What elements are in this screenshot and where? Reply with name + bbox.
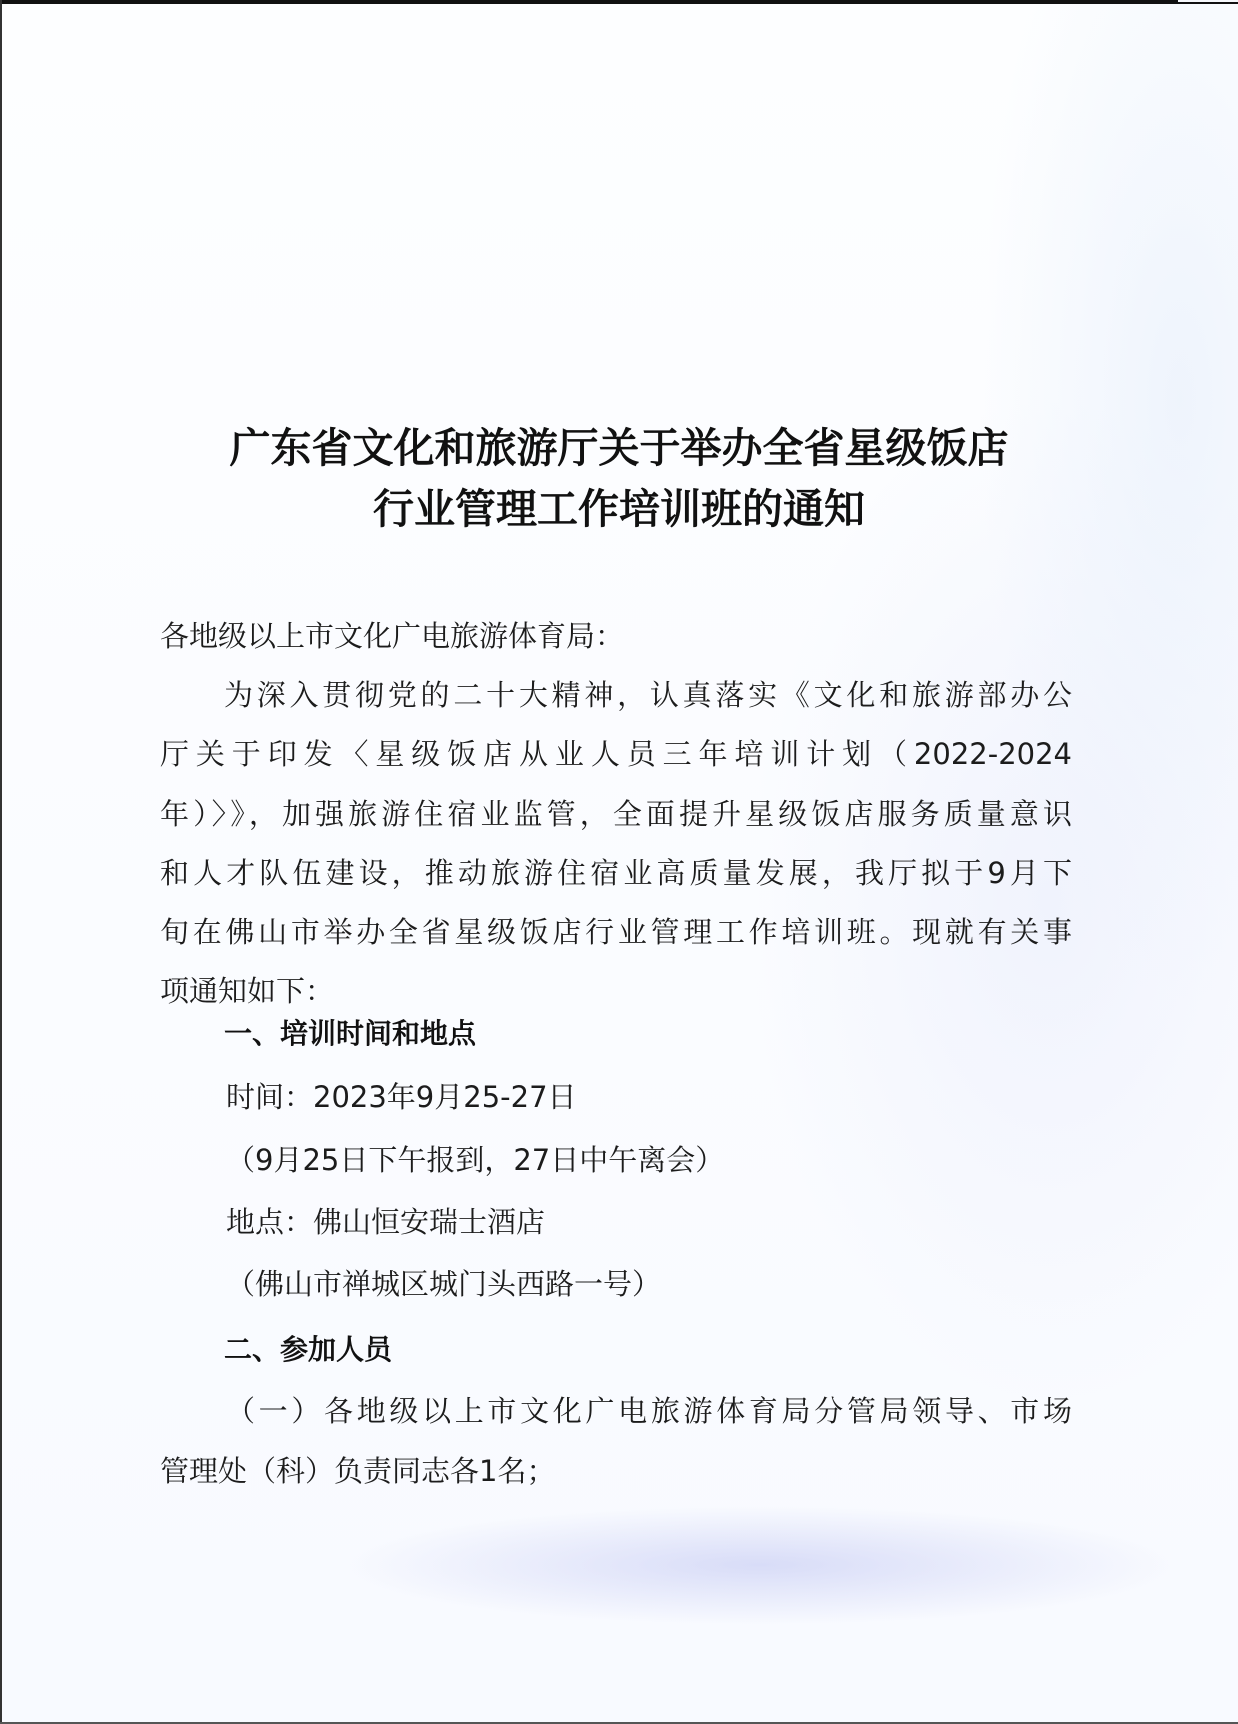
intro-line-1: 为深入贯彻党的二十大精神，认真落实《文化和旅游部办公	[224, 681, 1072, 710]
participants-item-1-line-1: （一）各地级以上市文化广电旅游体育局分管局领导、市场	[226, 1397, 1072, 1426]
intro-line-2: 厅关于印发〈星级饭店从业人员三年培训计划（2022-2024	[160, 740, 1072, 769]
document-page: 广东省文化和旅游厅关于举办全省星级饭店 行业管理工作培训班的通知 各地级以上市文…	[0, 0, 1238, 1724]
training-place: 地点：佛山恒安瑞士酒店	[226, 1208, 545, 1237]
document-title-line-1: 广东省文化和旅游厅关于举办全省星级饭店	[0, 428, 1238, 469]
scan-edge-top	[0, 0, 1238, 4]
training-time: 时间：2023年9月25-27日	[226, 1083, 577, 1112]
salutation: 各地级以上市文化广电旅游体育局：	[160, 622, 624, 651]
document-title-line-2: 行业管理工作培训班的通知	[0, 489, 1238, 530]
participants-item-1-line-2: 管理处（科）负责同志各1名；	[160, 1457, 555, 1486]
intro-line-3: 年）〉》，加强旅游住宿业监管，全面提升星级饭店服务质量意识	[160, 800, 1072, 829]
intro-line-4: 和人才队伍建设，推动旅游住宿业高质量发展，我厅拟于9月下	[160, 859, 1072, 888]
intro-line-5: 旬在佛山市举办全省星级饭店行业管理工作培训班。现就有关事	[160, 918, 1072, 947]
scan-edge-gap	[1178, 0, 1238, 2]
training-place-address: （佛山市禅城区城门头西路一号）	[226, 1270, 661, 1299]
training-time-note: （9月25日下午报到，27日中午离会）	[226, 1146, 724, 1175]
intro-line-6: 项通知如下：	[160, 977, 334, 1006]
scan-edge-left	[0, 0, 2, 1724]
section-1-heading: 一、培训时间和地点	[224, 1020, 476, 1048]
section-2-heading: 二、参加人员	[224, 1336, 392, 1364]
